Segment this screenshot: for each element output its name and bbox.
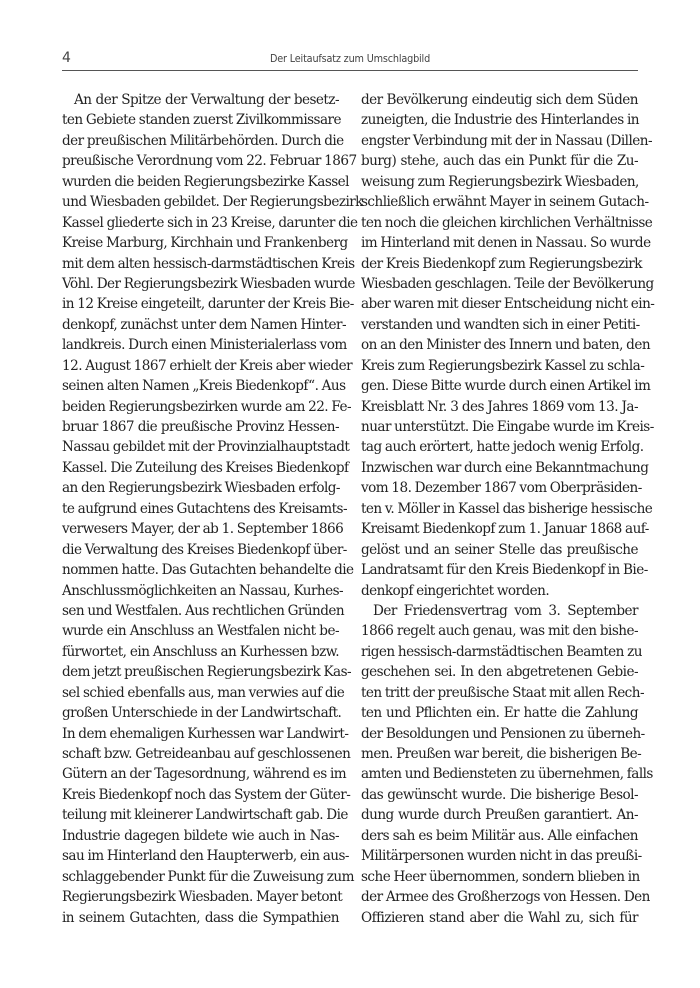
text-line: der preußischen Militärbehörden. Durch d… [62, 131, 339, 151]
text-line: zuneigten, die Industrie des Hinterlande… [361, 110, 638, 130]
text-line: dung wurde durch Preußen garantiert. An- [361, 805, 638, 825]
text-line: das gewünscht wurde. Die bisherige Besol… [361, 785, 638, 805]
text-line: amten und Bediensteten zu übernehmen, fa… [361, 764, 638, 784]
running-head: 4 Der Leitaufsatz zum Umschlagbild [62, 48, 638, 70]
text-line: bruar 1867 die preußische Provinz Hessen… [62, 417, 339, 437]
text-line: sche Heer übernommen, sondern blieben in [361, 867, 638, 887]
text-line: engster Verbindung mit der in Nassau (Di… [361, 131, 638, 151]
text-line: schaft bzw. Getreideanbau auf geschlosse… [62, 744, 339, 764]
text-line: Vöhl. Der Regierungsbezirk Wiesbaden wur… [62, 274, 339, 294]
text-line: te aufgrund eines Gutachtens des Kreisam… [62, 499, 339, 519]
text-line: gen. Diese Bitte wurde durch einen Artik… [361, 376, 638, 396]
text-line: Militärpersonen wurden nicht in das preu… [361, 846, 638, 866]
text-line: Inzwischen war durch eine Bekanntmachung [361, 458, 638, 478]
text-line: Offizieren stand aber die Wahl zu, sich … [361, 908, 638, 928]
text-line: In dem ehemaligen Kurhessen war Landwirt… [62, 724, 339, 744]
text-line: aber waren mit dieser Entscheidung nicht… [361, 294, 638, 314]
text-line: tag auch erörtert, hatte jedoch wenig Er… [361, 437, 638, 457]
text-line: denkopf, zunächst unter dem Namen Hinter… [62, 315, 339, 335]
text-line: rigen hessisch-darmstädtischen Beamten z… [361, 642, 638, 662]
text-line: Gütern an der Tagesordnung, während es i… [62, 764, 339, 784]
text-line: der Bevölkerung eindeutig sich dem Süden [361, 90, 638, 110]
text-line: ten und Pflichten ein. Er hatte die Zahl… [361, 703, 638, 723]
text-line: Kassel. Die Zuteilung des Kreises Bieden… [62, 458, 339, 478]
text-line: ten v. Möller in Kassel das bisherige he… [361, 499, 638, 519]
text-line: seinen alten Namen „Kreis Biedenkopf“. A… [62, 376, 339, 396]
text-column-right: der Bevölkerung eindeutig sich dem Süden… [361, 90, 638, 928]
text-line: Nassau gebildet mit der Provinzialhaupts… [62, 437, 339, 457]
text-line: an den Regierungsbezirk Wiesbaden erfolg… [62, 478, 339, 498]
text-line: Kreis zum Regierungsbezirk Kassel zu sch… [361, 356, 638, 376]
text-line: landkreis. Durch einen Ministerialerlass… [62, 335, 339, 355]
text-line: wurden die beiden Regierungsbezirke Kass… [62, 172, 339, 192]
text-line: denkopf eingerichtet worden. [361, 581, 638, 601]
text-line: in seinem Gutachten, dass die Sympathien [62, 908, 339, 928]
text-column-left: An der Spitze der Verwaltung der besetz-… [62, 90, 339, 928]
page-number: 4 [62, 48, 71, 68]
text-line: Kreise Marburg, Kirchhain und Frankenber… [62, 233, 339, 253]
text-line: Wiesbaden geschlagen. Teile der Bevölker… [361, 274, 638, 294]
text-line: schlaggebender Punkt für die Zuweisung z… [62, 867, 339, 887]
text-line: burg) stehe, auch das ein Punkt für die … [361, 151, 638, 171]
text-line: ten Gebiete standen zuerst Zivilkommissa… [62, 110, 339, 130]
text-line: 12. August 1867 erhielt der Kreis aber w… [62, 356, 339, 376]
text-line: wurde ein Anschluss an Westfalen nicht b… [62, 621, 339, 641]
text-line: nommen hatte. Das Gutachten behandelte d… [62, 560, 339, 580]
text-line: sau im Hinterland den Haupterwerb, ein a… [62, 846, 339, 866]
running-title: Der Leitaufsatz zum Umschlagbild [97, 49, 604, 69]
text-line: der Armee des Großherzogs von Hessen. De… [361, 887, 638, 907]
text-line: ders sah es beim Militär aus. Alle einfa… [361, 826, 638, 846]
text-line: weisung zum Regierungsbezirk Wiesbaden, [361, 172, 638, 192]
text-line: Regierungsbezirk Wiesbaden. Mayer betont [62, 887, 339, 907]
text-line: im Hinterland mit denen in Nassau. So wu… [361, 233, 638, 253]
text-line: on an den Minister des Innern und baten,… [361, 335, 638, 355]
text-line: 1866 regelt auch genau, was mit den bish… [361, 621, 638, 641]
text-line: sen und Westfalen. Aus rechtlichen Gründ… [62, 601, 339, 621]
text-line: Kreis Biedenkopf noch das System der Güt… [62, 785, 339, 805]
header-rule [62, 70, 638, 71]
text-line: verstanden und wandten sich in einer Pet… [361, 315, 638, 335]
text-line: An der Spitze der Verwaltung der besetz- [62, 90, 339, 110]
text-line: Kreisblatt Nr. 3 des Jahres 1869 vom 13.… [361, 397, 638, 417]
text-line: in 12 Kreise eingeteilt, darunter der Kr… [62, 294, 339, 314]
text-line: nuar unterstützt. Die Eingabe wurde im K… [361, 417, 638, 437]
text-line: Kassel gliederte sich in 23 Kreise, daru… [62, 213, 339, 233]
text-line: der Besoldungen und Pensionen zu überneh… [361, 724, 638, 744]
text-line: preußische Verordnung vom 22. Februar 18… [62, 151, 339, 171]
text-line: schließlich erwähnt Mayer in seinem Guta… [361, 192, 638, 212]
text-line: fürwortet, ein Anschluss an Kurhessen bz… [62, 642, 339, 662]
text-line: teilung mit kleinerer Landwirtschaft gab… [62, 805, 339, 825]
text-line: der Kreis Biedenkopf zum Regierungsbezir… [361, 254, 638, 274]
text-line: men. Preußen war bereit, die bisherigen … [361, 744, 638, 764]
text-line: Anschlussmöglichkeiten an Nassau, Kurhes… [62, 581, 339, 601]
text-line: gelöst und an seiner Stelle das preußisc… [361, 540, 638, 560]
text-line: geschehen sei. In den abgetretenen Gebie… [361, 662, 638, 682]
text-line: ten tritt der preußische Staat mit allen… [361, 683, 638, 703]
text-line: sel schied ebenfalls aus, man verwies au… [62, 683, 339, 703]
text-line: beiden Regierungsbezirken wurde am 22. F… [62, 397, 339, 417]
text-line: ten noch die gleichen kirchlichen Verhäl… [361, 213, 638, 233]
text-line: die Verwaltung des Kreises Biedenkopf üb… [62, 540, 339, 560]
text-line: und Wiesbaden gebildet. Der Regierungsbe… [62, 192, 339, 212]
text-line: großen Unterschiede in der Landwirtschaf… [62, 703, 339, 723]
text-line: mit dem alten hessisch-darmstädtischen K… [62, 254, 339, 274]
text-line: Landratsamt für den Kreis Biedenkopf in … [361, 560, 638, 580]
text-line: Industrie dagegen bildete wie auch in Na… [62, 826, 339, 846]
text-line: Kreisamt Biedenkopf zum 1. Januar 1868 a… [361, 519, 638, 539]
text-line: vom 18. Dezember 1867 vom Oberpräsiden- [361, 478, 638, 498]
text-line: Der Friedensvertrag vom 3. September [361, 601, 638, 621]
text-line: verwesers Mayer, der ab 1. September 186… [62, 519, 339, 539]
book-page: 4 Der Leitaufsatz zum Umschlagbild An de… [0, 0, 700, 988]
text-line: dem jetzt preußischen Regierungsbezirk K… [62, 662, 339, 682]
